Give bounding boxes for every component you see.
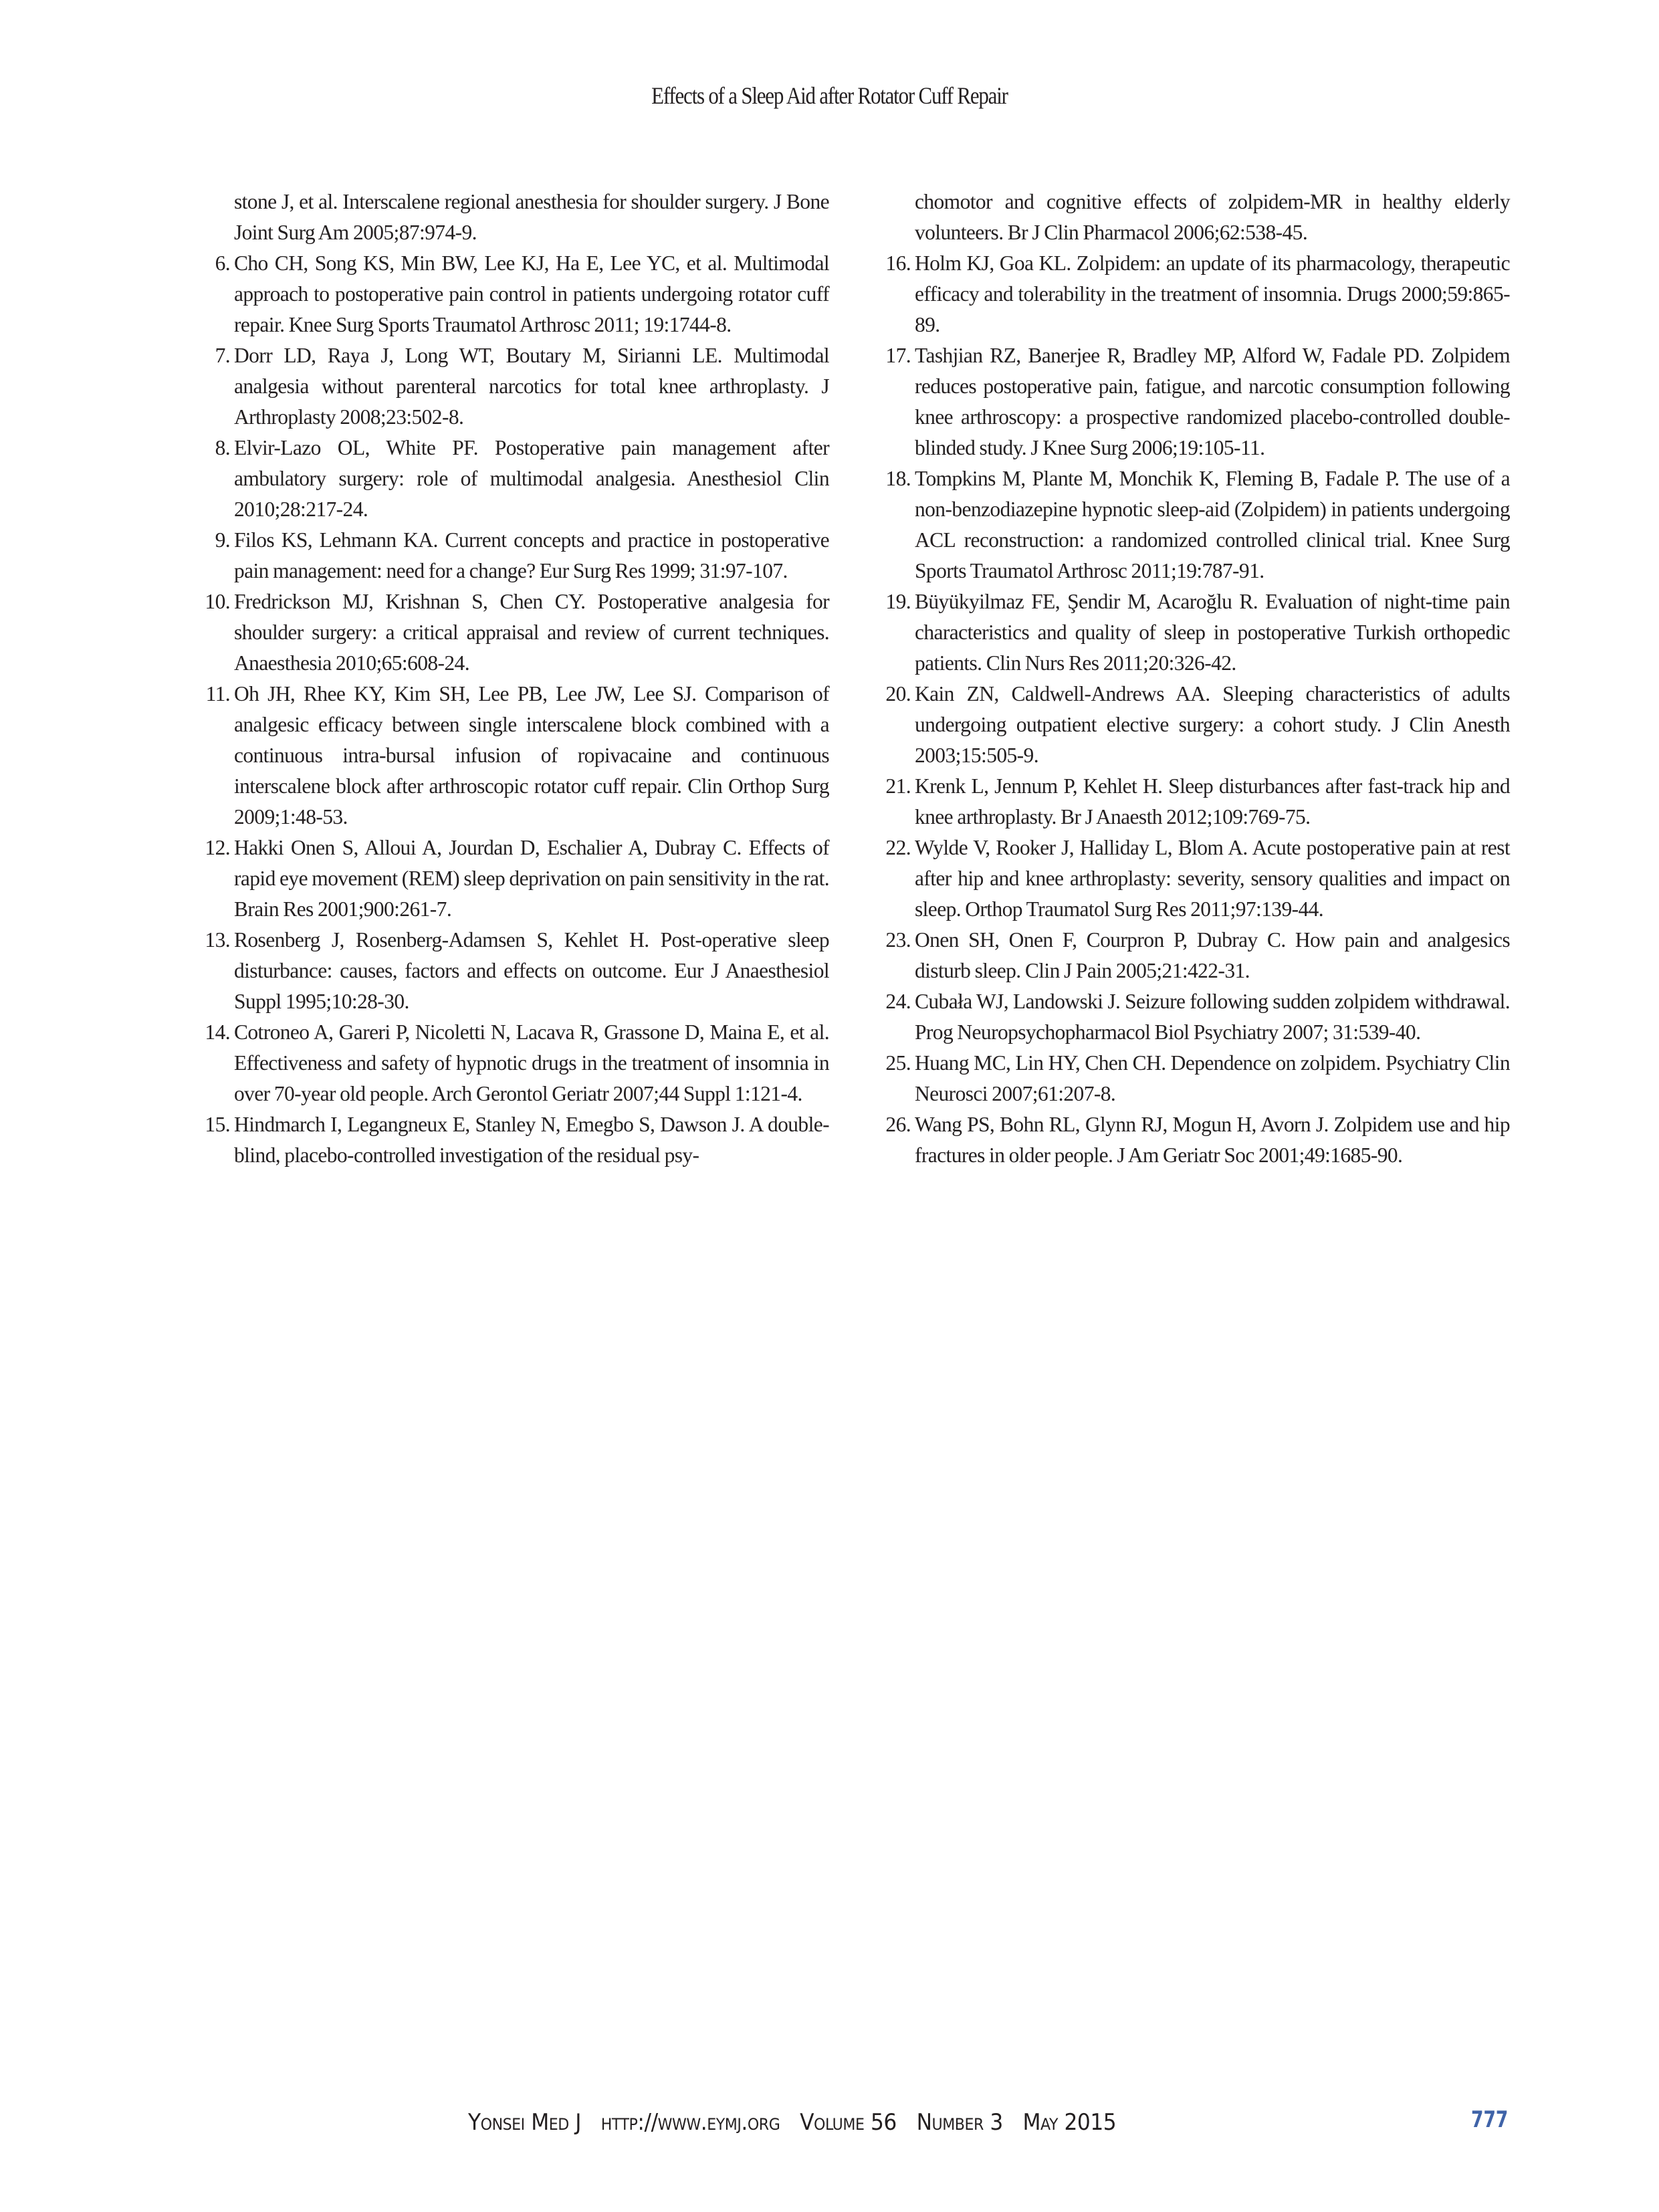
reference-number: 12.: [201, 833, 230, 863]
reference-number: 23.: [881, 925, 911, 956]
reference-number: 11.: [201, 679, 230, 709]
reference-item: 18. Tompkins M, Plante M, Monchik K, Fle…: [881, 463, 1510, 586]
reference-number: 17.: [881, 340, 911, 371]
reference-item: stone J, et al. Interscalene regional an…: [201, 187, 829, 248]
reference-text: Rosenberg J, Rosenberg-Adamsen S, Kehlet…: [234, 925, 829, 1017]
reference-number: 14.: [201, 1017, 230, 1048]
reference-text: Wang PS, Bohn RL, Glynn RJ, Mogun H, Avo…: [915, 1109, 1510, 1171]
reference-number: 25.: [881, 1048, 911, 1079]
reference-list-left: stone J, et al. Interscalene regional an…: [201, 187, 829, 1171]
reference-item: 14. Cotroneo A, Gareri P, Nicoletti N, L…: [201, 1017, 829, 1109]
reference-item: 9. Filos KS, Lehmann KA. Current concept…: [201, 525, 829, 586]
reference-text: Filos KS, Lehmann KA. Current concepts a…: [234, 525, 829, 586]
reference-text: Cotroneo A, Gareri P, Nicoletti N, Lacav…: [234, 1017, 829, 1109]
reference-item: chomotor and cognitive effects of zolpid…: [881, 187, 1510, 248]
reference-text: Huang MC, Lin HY, Chen CH. Dependence on…: [915, 1048, 1510, 1109]
reference-item: 20. Kain ZN, Caldwell-Andrews AA. Sleepi…: [881, 679, 1510, 771]
running-title: Effects of a Sleep Aid after Rotator Cuf…: [116, 82, 1543, 110]
reference-text: chomotor and cognitive effects of zolpid…: [915, 187, 1510, 248]
reference-number: 6.: [201, 248, 230, 279]
reference-item: 23. Onen SH, Onen F, Courpron P, Dubray …: [881, 925, 1510, 986]
reference-text: stone J, et al. Interscalene regional an…: [234, 187, 829, 248]
journal-issue-number: Number 3: [917, 2109, 1003, 2136]
reference-text: Krenk L, Jennum P, Kehlet H. Sleep distu…: [915, 771, 1510, 833]
journal-volume: Volume 56: [800, 2109, 897, 2136]
reference-item: 22. Wylde V, Rooker J, Halliday L, Blom …: [881, 833, 1510, 925]
reference-item: 12. Hakki Onen S, Alloui A, Jourdan D, E…: [201, 833, 829, 925]
journal-date: May 2015: [1023, 2109, 1117, 2136]
reference-number: 26.: [881, 1109, 911, 1140]
reference-item: 16. Holm KJ, Goa KL. Zolpidem: an update…: [881, 248, 1510, 340]
reference-text: Fredrickson MJ, Krishnan S, Chen CY. Pos…: [234, 586, 829, 679]
reference-item: 15. Hindmarch I, Legangneux E, Stanley N…: [201, 1109, 829, 1171]
reference-number: 19.: [881, 586, 911, 617]
journal-footer: Yonsei Med J http://www.eymj.org Volume …: [468, 2109, 1129, 2136]
reference-text: Tashjian RZ, Banerjee R, Bradley MP, Alf…: [915, 340, 1510, 463]
reference-item: 11. Oh JH, Rhee KY, Kim SH, Lee PB, Lee …: [201, 679, 829, 833]
journal-name: Yonsei Med J: [468, 2109, 581, 2136]
reference-item: 10. Fredrickson MJ, Krishnan S, Chen CY.…: [201, 586, 829, 679]
reference-text: Hakki Onen S, Alloui A, Jourdan D, Escha…: [234, 833, 829, 925]
reference-number: 24.: [881, 986, 911, 1017]
reference-number: 8.: [201, 433, 230, 463]
reference-item: 6. Cho CH, Song KS, Min BW, Lee KJ, Ha E…: [201, 248, 829, 340]
reference-item: 26. Wang PS, Bohn RL, Glynn RJ, Mogun H,…: [881, 1109, 1510, 1171]
reference-text: Oh JH, Rhee KY, Kim SH, Lee PB, Lee JW, …: [234, 679, 829, 833]
reference-text: Onen SH, Onen F, Courpron P, Dubray C. H…: [915, 925, 1510, 986]
reference-number: 7.: [201, 340, 230, 371]
reference-number: 16.: [881, 248, 911, 279]
reference-item: 25. Huang MC, Lin HY, Chen CH. Dependenc…: [881, 1048, 1510, 1109]
reference-item: 19. Büyükyilmaz FE, Şendir M, Acaroğlu R…: [881, 586, 1510, 679]
journal-url[interactable]: http://www.eymj.org: [601, 2109, 780, 2136]
reference-item: 24. Cubała WJ, Landowski J. Seizure foll…: [881, 986, 1510, 1048]
reference-text: Kain ZN, Caldwell-Andrews AA. Sleeping c…: [915, 679, 1510, 771]
reference-number: 18.: [881, 463, 911, 494]
reference-number: 10.: [201, 586, 230, 617]
reference-text: Tompkins M, Plante M, Monchik K, Fleming…: [915, 463, 1510, 586]
reference-text: Cubała WJ, Landowski J. Seizure followin…: [915, 986, 1510, 1048]
reference-number: 21.: [881, 771, 911, 802]
page-number: 777: [1471, 2106, 1508, 2133]
reference-number: 15.: [201, 1109, 230, 1140]
reference-item: 21. Krenk L, Jennum P, Kehlet H. Sleep d…: [881, 771, 1510, 833]
reference-text: Hindmarch I, Legangneux E, Stanley N, Em…: [234, 1109, 829, 1171]
reference-text: Wylde V, Rooker J, Halliday L, Blom A. A…: [915, 833, 1510, 925]
reference-item: 17. Tashjian RZ, Banerjee R, Bradley MP,…: [881, 340, 1510, 463]
reference-text: Elvir-Lazo OL, White PF. Postoperative p…: [234, 433, 829, 525]
reference-number: 9.: [201, 525, 230, 556]
reference-text: Büyükyilmaz FE, Şendir M, Acaroğlu R. Ev…: [915, 586, 1510, 679]
reference-number: 13.: [201, 925, 230, 956]
reference-text: Cho CH, Song KS, Min BW, Lee KJ, Ha E, L…: [234, 248, 829, 340]
reference-number: 22.: [881, 833, 911, 863]
reference-text: Dorr LD, Raya J, Long WT, Boutary M, Sir…: [234, 340, 829, 433]
reference-item: 13. Rosenberg J, Rosenberg-Adamsen S, Ke…: [201, 925, 829, 1017]
reference-list-right: chomotor and cognitive effects of zolpid…: [881, 187, 1510, 1171]
reference-item: 7. Dorr LD, Raya J, Long WT, Boutary M, …: [201, 340, 829, 433]
reference-number: 20.: [881, 679, 911, 709]
reference-item: 8. Elvir-Lazo OL, White PF. Postoperativ…: [201, 433, 829, 525]
reference-text: Holm KJ, Goa KL. Zolpidem: an update of …: [915, 248, 1510, 340]
